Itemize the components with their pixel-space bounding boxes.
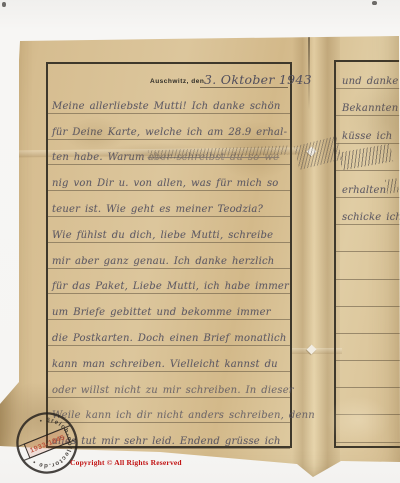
handwritten-text: teuer ist. Wie geht es meiner Teodzia? xyxy=(52,204,263,215)
copyright-notice: Copyright © All Rights Reserved xyxy=(70,458,182,467)
ruled-line xyxy=(336,307,400,334)
ruled-line: für Deine Karte, welche ich am 28.9 erha… xyxy=(48,114,290,140)
handwritten-text: Weile kann ich dir nicht anders schreibe… xyxy=(52,410,315,421)
ruled-line xyxy=(336,415,400,442)
handwritten-text: für das Paket, Liebe Mutti, ich habe imm… xyxy=(52,281,289,292)
ruled-line: für das Paket, Liebe Mutti, ich habe imm… xyxy=(48,269,290,295)
ruled-line xyxy=(336,144,400,171)
pencil-scribble xyxy=(339,143,393,170)
ruled-line xyxy=(336,252,400,279)
ruled-line: Meine allerliebste Mutti! Ich danke schö… xyxy=(48,88,290,114)
ruled-line: kann man schreiben. Vielleicht kannst du xyxy=(48,346,290,372)
right-page-text-lines: und dankeBekanntenküsse icherhaltenschic… xyxy=(336,62,400,443)
handwritten-text: und danke xyxy=(342,76,399,87)
handwritten-text: küsse ich xyxy=(342,131,392,142)
left-page-text-lines: Meine allerliebste Mutti! Ich danke schö… xyxy=(48,88,290,449)
ruled-line xyxy=(336,280,400,307)
scan-speck xyxy=(2,2,6,7)
handwritten-date: 3. Oktober 1943 xyxy=(204,72,312,87)
ruled-line: die Postkarten. Doch einen Brief monatli… xyxy=(48,320,290,346)
ruled-line: küsse ich xyxy=(336,116,400,143)
scan-speck xyxy=(372,1,377,5)
ruled-line: teuer ist. Wie geht es meiner Teodzia? xyxy=(48,191,290,217)
ruled-line xyxy=(336,334,400,361)
date-line: Auschwitz, den 3. Oktober 1943 xyxy=(48,64,290,88)
handwritten-text: Meine allerliebste Mutti! Ich danke schö… xyxy=(52,101,281,112)
handwritten-text: Bekannten xyxy=(342,103,398,114)
handwritten-text: mir aber ganz genau. Ich danke herzlich xyxy=(52,256,274,267)
ruled-line xyxy=(336,361,400,388)
handwritten-text: oder willst nicht zu mir schreiben. In d… xyxy=(52,385,294,396)
ruled-line: Bekannten xyxy=(336,89,400,116)
handwritten-text: schicke ich xyxy=(342,212,400,223)
ruled-line: Weile kann ich dir nicht anders schreibe… xyxy=(48,398,290,424)
ruled-line: um Briefe gebittet und bekomme immer xyxy=(48,294,290,320)
handwritten-text: nig von Dir u. von allen, was für mich s… xyxy=(52,178,279,189)
ruled-line: nig von Dir u. von allen, was für mich s… xyxy=(48,165,290,191)
handwritten-text: Wie fühlst du dich, liebe Mutti, schreib… xyxy=(52,230,273,241)
handwritten-text: alles tut mir sehr leid. Endend grüsse i… xyxy=(52,436,281,447)
handwritten-text: die Postkarten. Doch einen Brief monatli… xyxy=(52,333,286,344)
ruled-line: erhalten xyxy=(336,171,400,198)
handwritten-text: kann man schreiben. Vielleicht kannst du xyxy=(52,359,278,370)
ruled-line: oder willst nicht zu mir schreiben. In d… xyxy=(48,372,290,398)
letter-page-left: Auschwitz, den 3. Oktober 1943 Meine all… xyxy=(46,62,292,448)
ruled-line xyxy=(336,388,400,415)
ruled-line: ten habe. Warumaber schreibst du so we xyxy=(48,140,290,166)
ruled-line xyxy=(336,225,400,252)
ruled-line: schicke ich xyxy=(336,198,400,225)
scanned-letter-photo: Auschwitz, den 3. Oktober 1943 Meine all… xyxy=(0,0,400,483)
letter-page-right: und dankeBekanntenküsse icherhaltenschic… xyxy=(334,60,400,448)
pencil-scribble xyxy=(385,178,399,194)
handwritten-text: für Deine Karte, welche ich am 28.9 erha… xyxy=(52,127,287,138)
handwritten-text: um Briefe gebittet und bekomme immer xyxy=(52,307,271,318)
ruled-line: Wie fühlst du dich, liebe Mutti, schreib… xyxy=(48,217,290,243)
ruled-line: und danke xyxy=(336,62,400,89)
printed-place-label: Auschwitz, den xyxy=(150,78,204,85)
handwritten-text: erhalten xyxy=(342,185,386,196)
ruled-line: mir aber ganz genau. Ich danke herzlich xyxy=(48,243,290,269)
